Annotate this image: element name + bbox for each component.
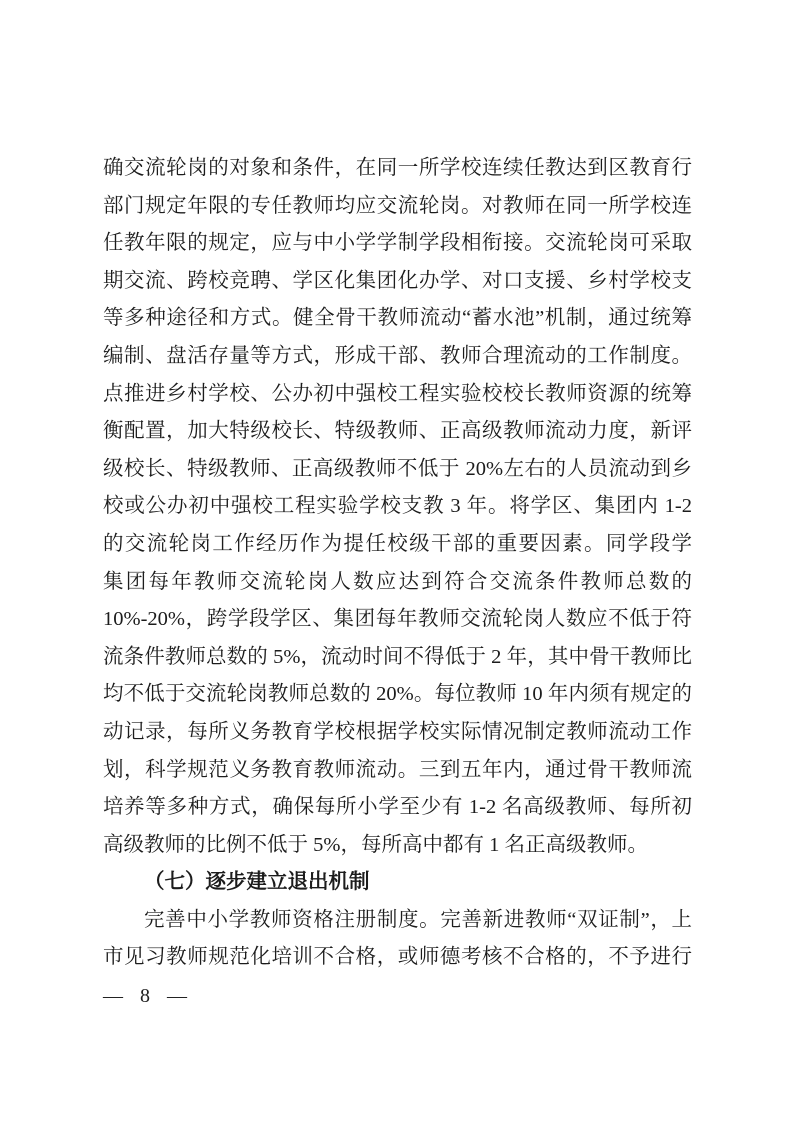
text-line: 等多种途径和方式。健全骨干教师流动“蓄水池”机制，通过统筹 (103, 300, 692, 338)
text-line: 校或公办初中强校工程实验学校支教 3 年。将学区、集团内 1-2 年 (103, 488, 692, 526)
body-text-block: 确交流轮岗的对象和条件，在同一所学校连续任教达到区教育行政部门规定年限的专任教师… (103, 150, 692, 977)
text-line: 高级教师的比例不低于 5%，每所高中都有 1 名正高级教师。 (103, 827, 692, 865)
text-line: 的交流轮岗工作经历作为提任校级干部的重要因素。同学段学区、 (103, 526, 692, 564)
text-line: 完善中小学教师资格注册制度。完善新进教师“双证制”，上海 (103, 902, 692, 940)
text-line: 部门规定年限的专任教师均应交流轮岗。对教师在同一所学校连续 (103, 188, 692, 226)
footer-left-dash: — (103, 984, 123, 1008)
text-line: 流条件教师总数的 5%，流动时间不得低于 2 年，其中骨干教师比例 (103, 639, 692, 677)
footer-right-dash: — (167, 984, 187, 1008)
text-line: 衡配置，加大特级校长、特级教师、正高级教师流动力度，新评特 (103, 413, 692, 451)
page-number-footer: — 8 — (103, 984, 187, 1008)
text-line: 培养等多种方式，确保每所小学至少有 1-2 名高级教师、每所初中 (103, 789, 692, 827)
text-line: 期交流、跨校竞聘、学区化集团化办学、对口支援、乡村学校支教 (103, 263, 692, 301)
text-line: 市见习教师规范化培训不合格，或师德考核不合格的，不予进行中 (103, 939, 692, 977)
text-line: 确交流轮岗的对象和条件，在同一所学校连续任教达到区教育行政 (103, 150, 692, 188)
document-page: 确交流轮岗的对象和条件，在同一所学校连续任教达到区教育行政部门规定年限的专任教师… (0, 0, 793, 1122)
text-line: 10%-20%，跨学段学区、集团每年教师交流轮岗人数应不低于符合交 (103, 601, 692, 639)
text-line: 均不低于交流轮岗教师总数的 20%。每位教师 10 年内须有规定的流 (103, 676, 692, 714)
section-heading: （七）逐步建立退出机制 (103, 864, 692, 902)
text-line: 编制、盘活存量等方式，形成干部、教师合理流动的工作制度。重 (103, 338, 692, 376)
text-line: 动记录，每所义务教育学校根据学校实际情况制定教师流动工作规 (103, 714, 692, 752)
text-line: 集团每年教师交流轮岗人数应达到符合交流条件教师总数的 (103, 564, 692, 602)
text-line: 划，科学规范义务教育教师流动。三到五年内，通过骨干教师流动、 (103, 752, 692, 790)
text-line: 任教年限的规定，应与中小学学制学段相衔接。交流轮岗可采取定 (103, 225, 692, 263)
text-line: 级校长、特级教师、正高级教师不低于 20%左右的人员流动到乡村学 (103, 451, 692, 489)
text-line: 点推进乡村学校、公办初中强校工程实验校校长教师资源的统筹均 (103, 376, 692, 414)
page-number: 8 (140, 984, 150, 1008)
